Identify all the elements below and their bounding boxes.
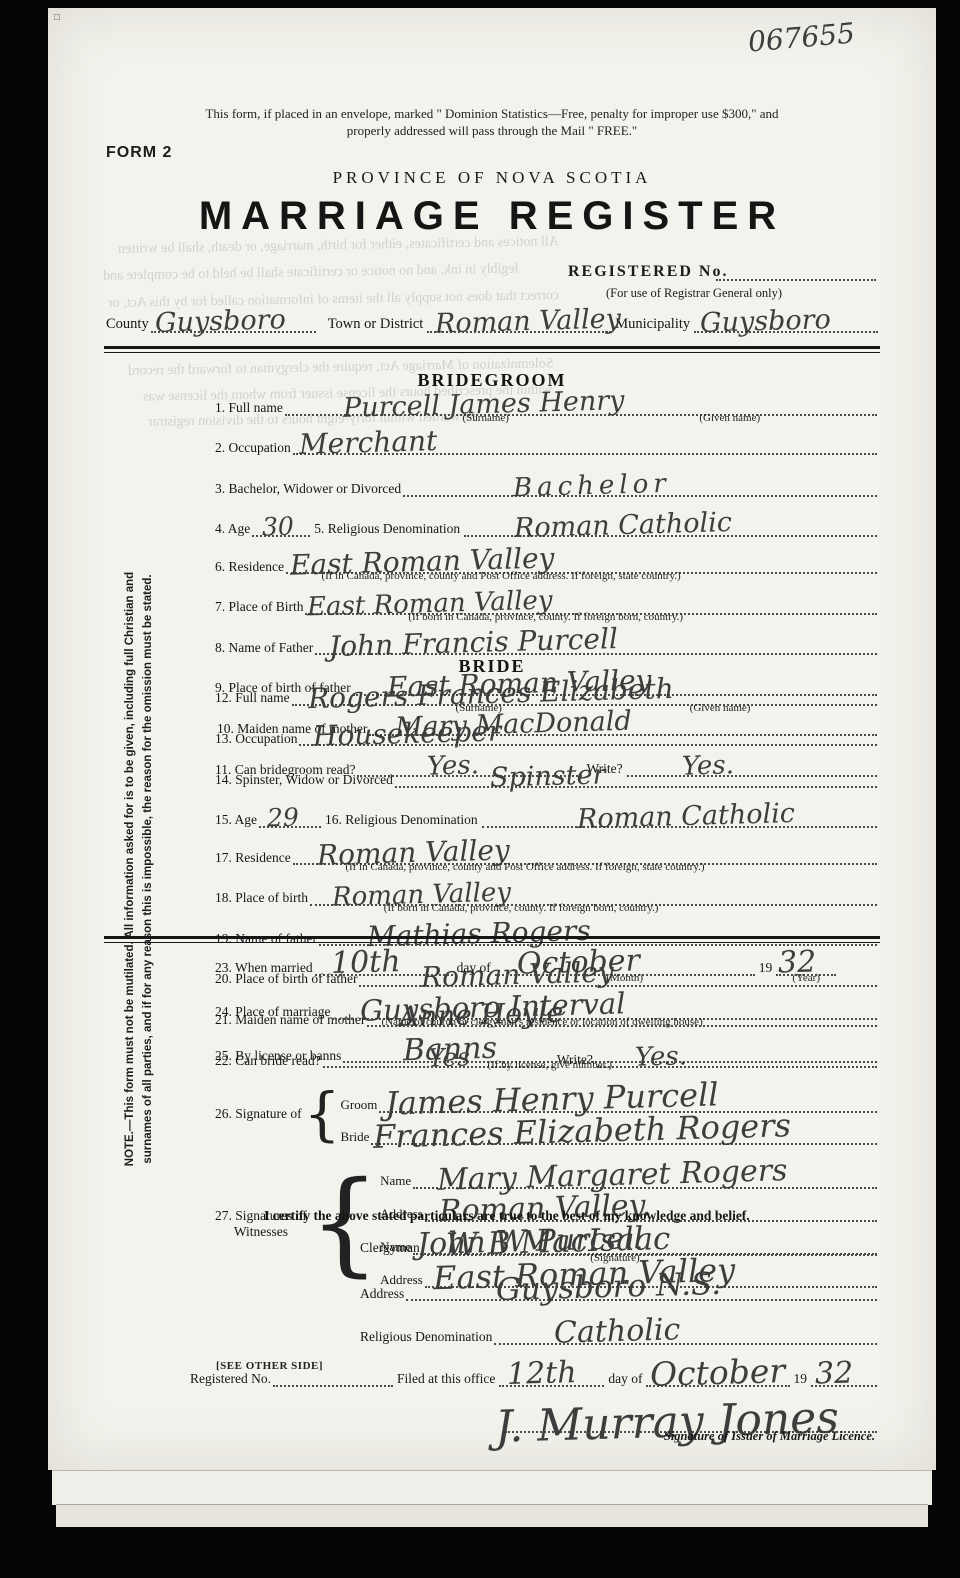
registered-no-label: REGISTERED No. <box>568 263 728 281</box>
clergyman-signature-caption: (Signature) <box>590 1252 639 1264</box>
q4-label: 4. Age <box>215 521 252 537</box>
q17-label: 17. Residence <box>215 850 293 866</box>
q23-19-label: 19 <box>755 960 777 976</box>
q25-caption: (If by license, give number.) <box>487 1059 612 1071</box>
q2-label: 2. Occupation <box>215 440 293 456</box>
q15-value-handwritten: 29 <box>267 804 299 830</box>
clergyman-address-handwritten: Guysboro N.S. <box>496 1269 722 1306</box>
scan-corner-artifact: □ <box>54 12 60 23</box>
q17-caption: (If in Canada, province, county and Post… <box>345 861 704 873</box>
q16-value-handwritten: Roman Catholic <box>576 800 795 833</box>
q1-surname-caption: (Surname) <box>463 412 509 424</box>
q1-label: 1. Full name <box>215 400 285 416</box>
mail-notice-line1: This form, if placed in an envelope, mar… <box>48 106 936 122</box>
q26-brace: { <box>304 1091 341 1137</box>
q26-label: 26. Signature of <box>215 1106 304 1122</box>
q25-label: 25. By license or banns <box>215 1048 343 1064</box>
bleedthrough-text: legibly in ink, and no notice or certifi… <box>103 261 519 284</box>
q23-label: 23. When married <box>215 960 315 976</box>
clergyman-address-label: Address <box>360 1286 406 1302</box>
q3-value-handwritten: Bachelor <box>513 470 671 500</box>
q18-caption: (If born in Canada, province, county. If… <box>384 902 659 914</box>
q12-label: 12. Full name <box>215 690 292 706</box>
municipality-value-handwritten: Guysboro <box>700 306 831 337</box>
q18-label: 18. Place of birth <box>215 890 310 906</box>
filed-day-handwritten: 12th <box>507 1358 577 1390</box>
town-district-value-handwritten: Roman Valley <box>435 305 622 337</box>
q7-caption: (If born in Canada, province, county. If… <box>408 611 683 623</box>
q7-label: 7. Place of Birth <box>215 599 305 615</box>
bride-signature-handwritten: Frances Elizabeth Rogers <box>373 1109 792 1153</box>
county-label: County <box>106 316 151 333</box>
q5-label: 5. Religious Denomination <box>310 521 464 537</box>
q3-label: 3. Bachelor, Widower or Divorced <box>215 481 403 497</box>
q14-label: 14. Spinster, Widow or Divorced <box>215 772 395 788</box>
clergyman-denomination-handwritten: Catholic <box>554 1315 681 1349</box>
clergyman-label: Clergyman <box>360 1240 422 1256</box>
q14-value-handwritten: Spinster <box>490 761 606 791</box>
q2-value-handwritten: Merchant <box>298 427 437 459</box>
registered-no-bottom-label: Registered No. <box>190 1371 273 1387</box>
town-district-label: Town or District <box>316 316 428 333</box>
q27-label-line2: Witnesses <box>215 1224 309 1240</box>
q26-bride-label: Bride <box>341 1130 372 1145</box>
q5-value-handwritten: Roman Catholic <box>514 509 733 542</box>
issuer-signature-caption: Signature of Issuer of Marriage Licence. <box>664 1429 875 1444</box>
witness1-name-label: Name <box>380 1174 413 1189</box>
see-other-side-note: [SEE OTHER SIDE] <box>216 1360 323 1372</box>
side-note-line2: surnames of all parties, and if for any … <box>140 539 158 1199</box>
registrar-general-note: (For use of Registrar General only) <box>606 286 782 301</box>
q24-caption: (Name of church or clergyman's residence… <box>381 1016 702 1028</box>
q1-givenname-caption: (Given name) <box>699 412 760 424</box>
stacked-sheet-edge <box>52 1470 932 1505</box>
form-number: FORM 2 <box>106 144 172 162</box>
section-divider <box>104 346 880 353</box>
filed-month-handwritten: October <box>650 1354 786 1391</box>
q25-value-handwritten: Banns <box>403 1034 498 1067</box>
q16-label: 16. Religious Denomination <box>321 812 482 828</box>
form-title: MARRIAGE REGISTER <box>48 194 936 239</box>
filed-19-label: 19 <box>790 1371 812 1387</box>
q13-value-handwritten: Housekeeper <box>313 717 502 750</box>
q23-dayof-label: day of <box>453 960 495 976</box>
serial-number-handwritten: 067655 <box>747 19 856 56</box>
q15-label: 15. Age <box>215 812 259 828</box>
province-heading: PROVINCE OF NOVA SCOTIA <box>48 168 936 188</box>
q4-value-handwritten: 30 <box>262 513 294 539</box>
q13-label: 13. Occupation <box>215 731 299 747</box>
scanned-form-page: □ All notices and certificates, either f… <box>48 8 936 1470</box>
side-note-line1: NOTE.—This form must not be mutilated. A… <box>122 539 140 1199</box>
filed-at-office-label: Filed at this office <box>393 1371 499 1387</box>
section-divider <box>104 936 880 943</box>
municipality-label: Municipality <box>611 316 694 333</box>
q23-year-caption: (Year) <box>776 972 836 984</box>
q26-groom-label: Groom <box>341 1098 380 1113</box>
q6-caption: (If in Canada, province, county and Post… <box>321 570 680 582</box>
registered-no-blank <box>716 278 876 281</box>
stacked-sheet-edge <box>56 1504 928 1527</box>
q12-surname-caption: (Surname) <box>456 702 502 714</box>
county-value-handwritten: Guysboro <box>154 306 285 337</box>
side-note-vertical: NOTE.—This form must not be mutilated. A… <box>122 539 184 1199</box>
q24-label: 24. Place of marriage <box>215 1004 332 1020</box>
mail-notice-line2: properly addressed will pass through the… <box>48 123 936 139</box>
q12-givenname-caption: (Given name) <box>690 702 751 714</box>
filed-year-handwritten: 32 <box>815 1358 854 1389</box>
certification-statement: I certify the above stated particulars a… <box>264 1208 750 1224</box>
filed-dayof-label: day of <box>604 1371 646 1387</box>
q23-month-caption: (Month) <box>495 972 755 984</box>
q23-day-handwritten: 10th <box>330 947 400 979</box>
q8-label: 8. Name of Father <box>215 640 315 656</box>
clergyman-denomination-label: Religious Denomination <box>360 1329 494 1345</box>
q6-label: 6. Residence <box>215 559 286 575</box>
